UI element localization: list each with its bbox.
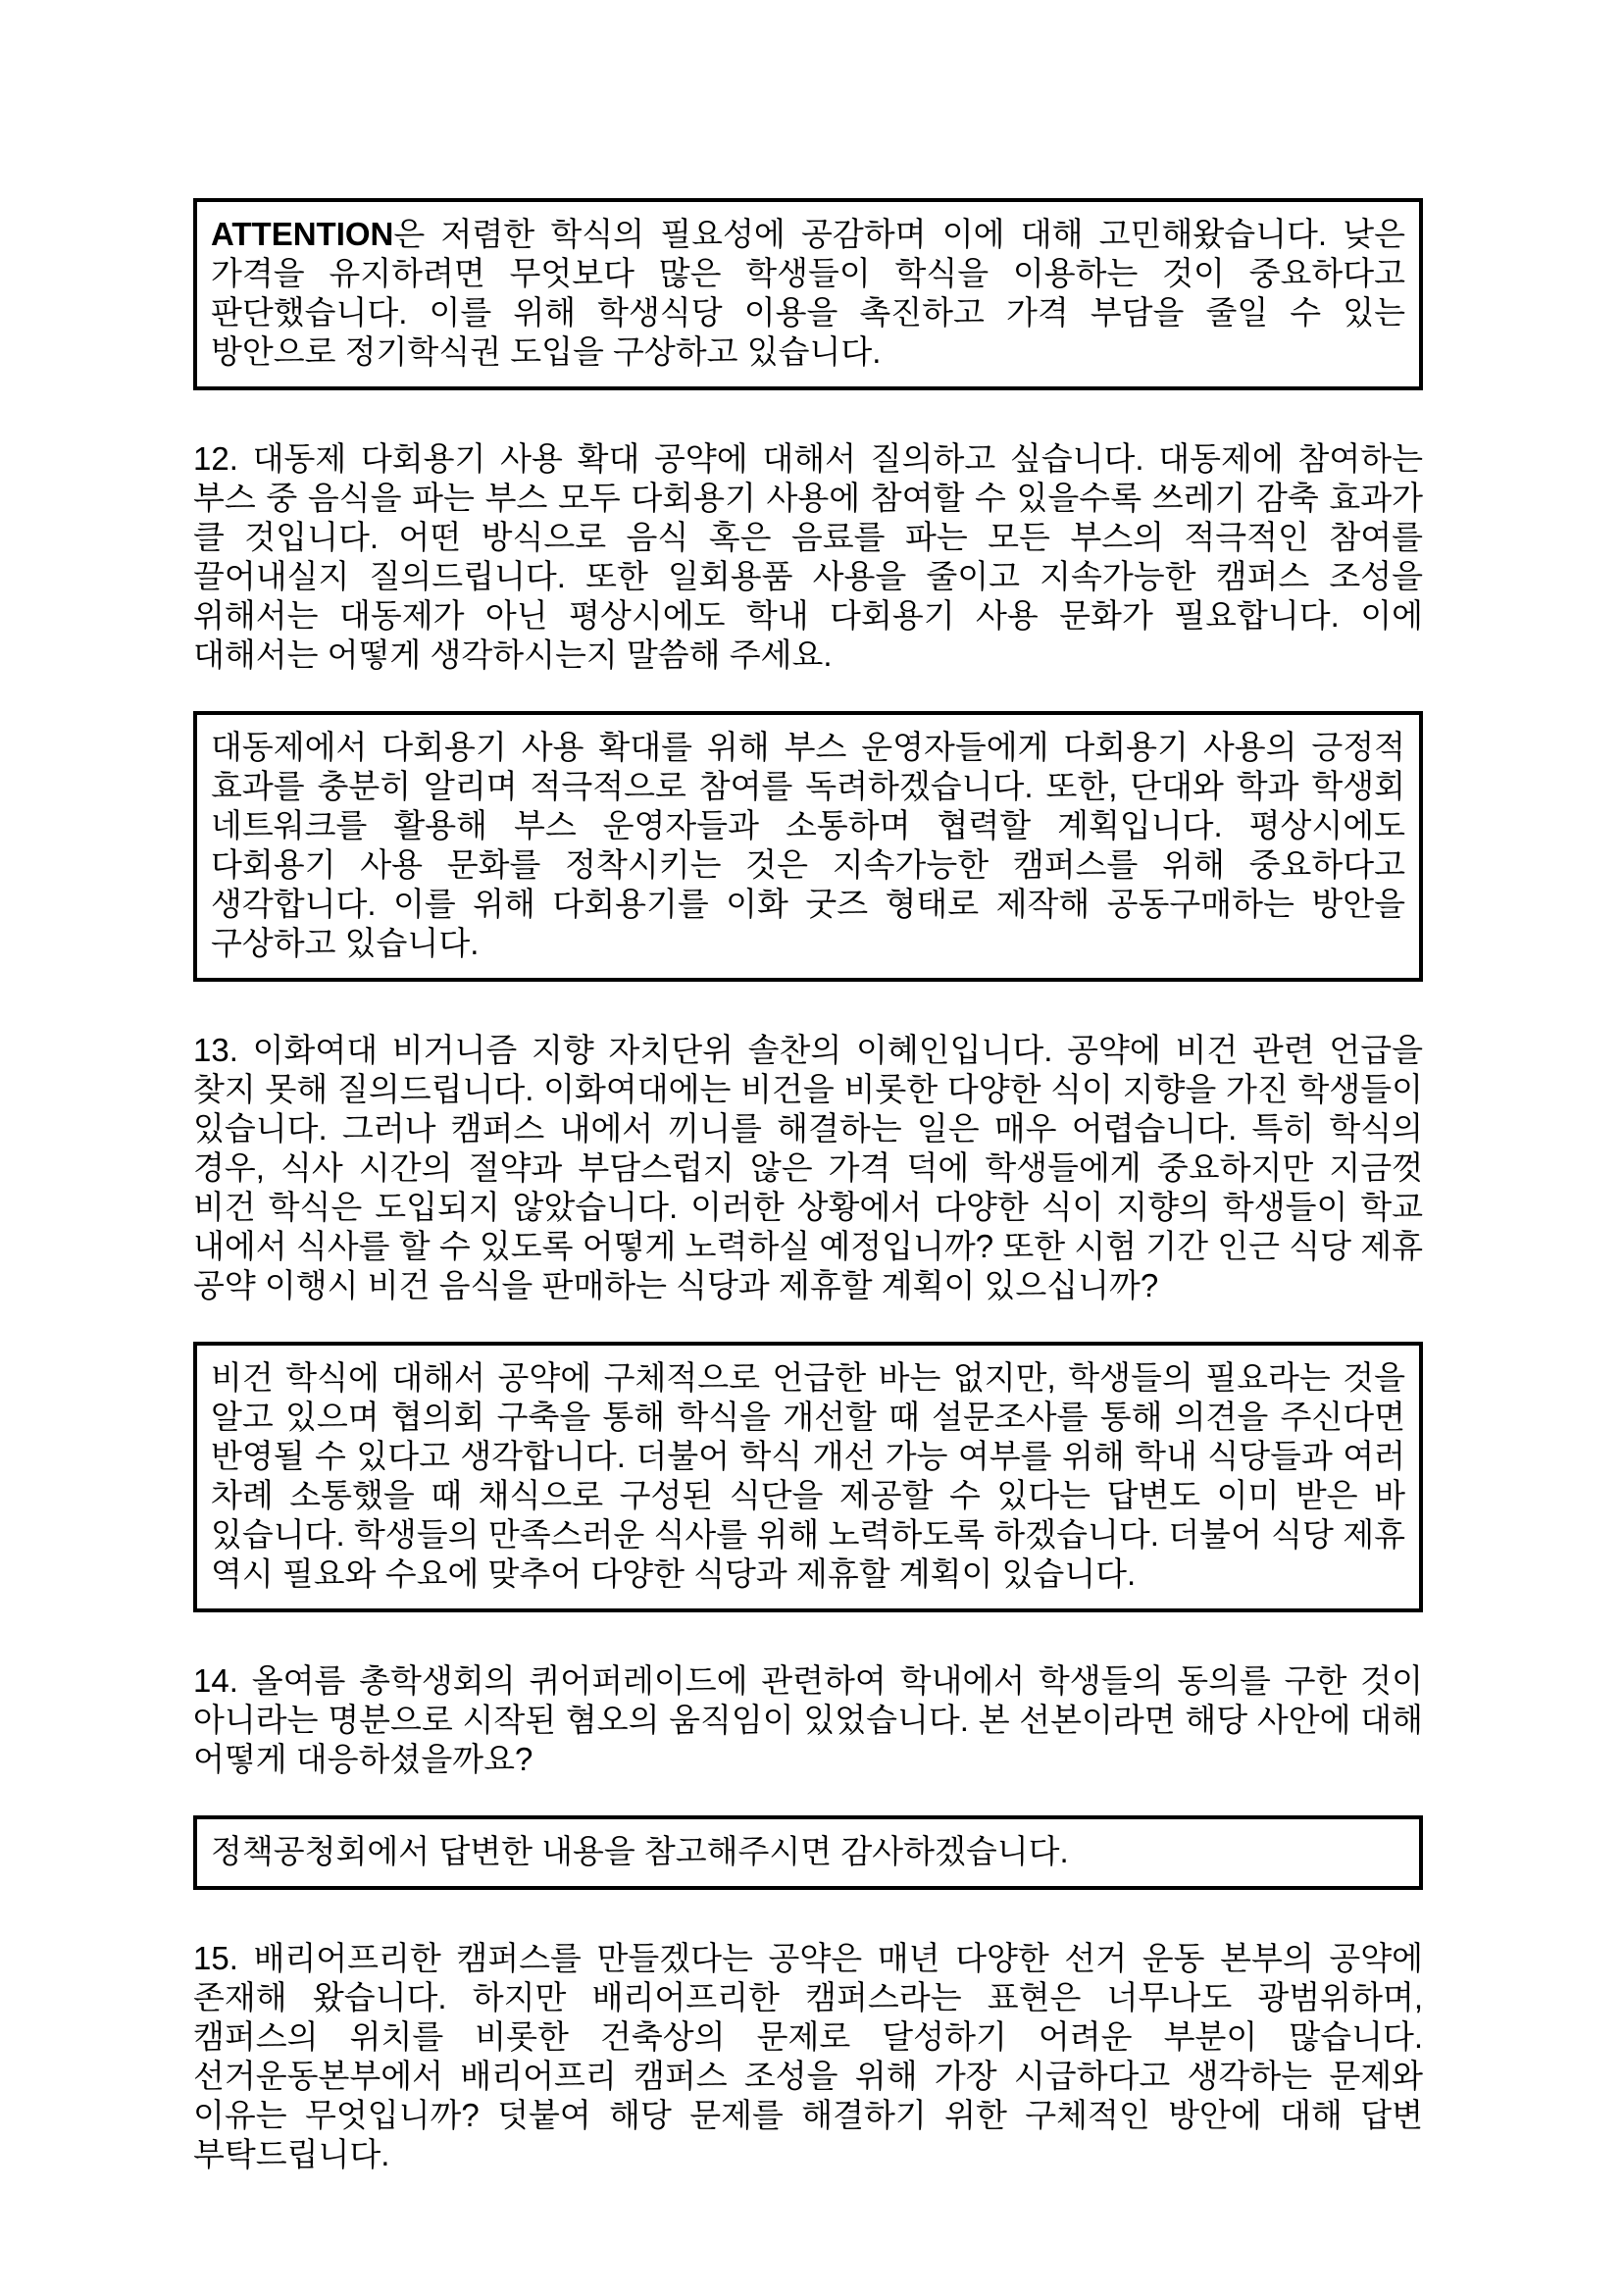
answer-paragraph: ATTENTION은 저렴한 학식의 필요성에 공감하며 이에 대해 고민해왔습…: [211, 215, 1405, 372]
question-13: 13. 이화여대 비거니즘 지향 자치단위 솔찬의 이혜인입니다. 공약에 비건…: [193, 1031, 1423, 1305]
question-15-number: 15.: [193, 1940, 238, 1976]
question-14: 14. 올여름 총학생회의 퀴어퍼레이드에 관련하여 학내에서 학생들의 동의를…: [193, 1661, 1423, 1779]
answer-box-pension-meal-ticket: ATTENTION은 저렴한 학식의 필요성에 공감하며 이에 대해 고민해왔습…: [193, 198, 1423, 390]
question-12: 12. 대동제 다회용기 사용 확대 공약에 대해서 질의하고 싶습니다. 대동…: [193, 439, 1423, 675]
question-14-number: 14.: [193, 1662, 238, 1699]
question-12-number: 12.: [193, 440, 238, 477]
answer-box-question-13: 비건 학식에 대해서 공약에 구체적으로 언급한 바는 없지만, 학생들의 필요…: [193, 1342, 1423, 1612]
question-15: 15. 배리어프리한 캠퍼스를 만들겠다는 공약은 매년 다양한 선거 운동 본…: [193, 1939, 1423, 2174]
answer-14-text: 정책공청회에서 답변한 내용을 참고해주시면 감사하겠습니다.: [211, 1832, 1405, 1871]
answer-12-text: 대동제에서 다회용기 사용 확대를 위해 부스 운영자들에게 다회용기 사용의 …: [211, 728, 1405, 963]
answer-box-question-14: 정책공청회에서 답변한 내용을 참고해주시면 감사하겠습니다.: [193, 1815, 1423, 1890]
document-page: ATTENTION은 저렴한 학식의 필요성에 공감하며 이에 대해 고민해왔습…: [0, 0, 1624, 2294]
answer-box-question-12: 대동제에서 다회용기 사용 확대를 위해 부스 운영자들에게 다회용기 사용의 …: [193, 711, 1423, 982]
question-12-text: 대동제 다회용기 사용 확대 공약에 대해서 질의하고 싶습니다. 대동제에 참…: [193, 440, 1423, 673]
question-13-text: 이화여대 비거니즘 지향 자치단위 솔찬의 이혜인입니다. 공약에 비건 관련 …: [193, 1032, 1423, 1303]
question-13-number: 13.: [193, 1032, 238, 1068]
question-14-text: 올여름 총학생회의 퀴어퍼레이드에 관련하여 학내에서 학생들의 동의를 구한 …: [193, 1662, 1423, 1777]
candidate-name-lead: ATTENTION: [211, 216, 393, 252]
answer-13-text: 비건 학식에 대해서 공약에 구체적으로 언급한 바는 없지만, 학생들의 필요…: [211, 1358, 1405, 1594]
question-15-text: 배리어프리한 캠퍼스를 만들겠다는 공약은 매년 다양한 선거 운동 본부의 공…: [193, 1940, 1423, 2172]
